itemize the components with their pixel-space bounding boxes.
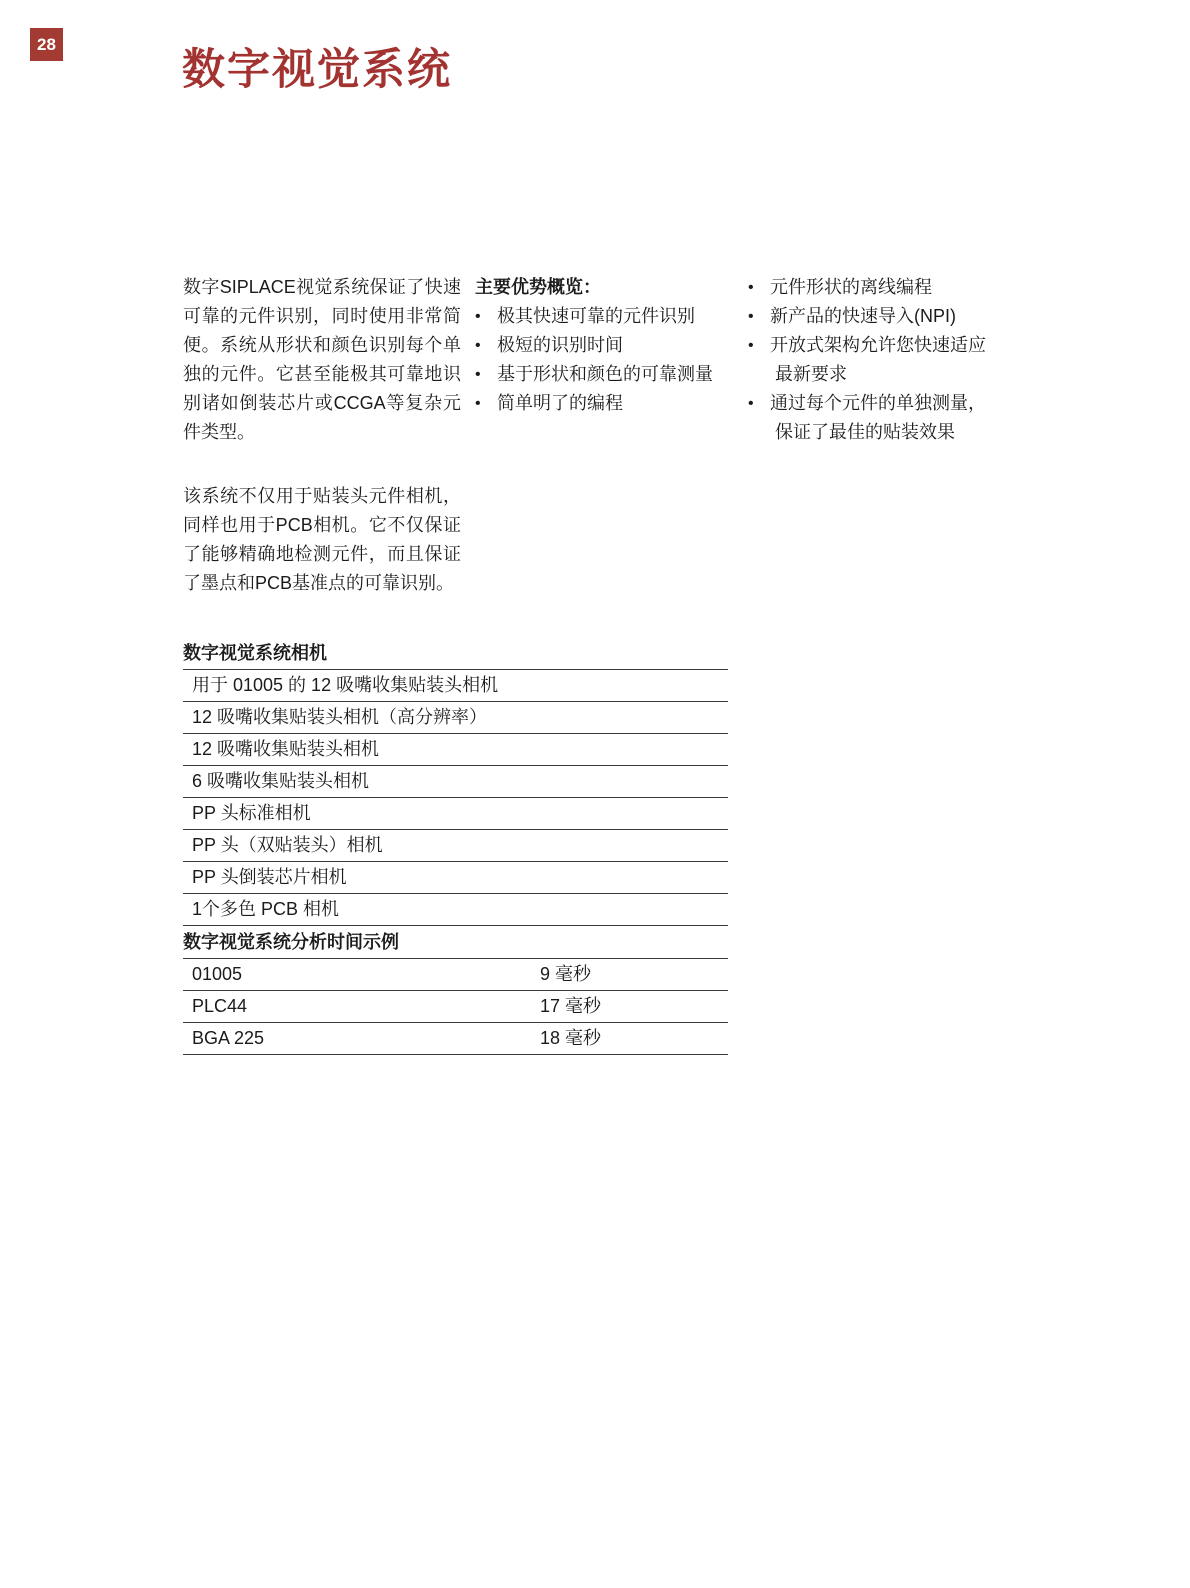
benefit-text: 基于形状和颜色的可靠测量 bbox=[497, 360, 747, 389]
benefit-line: 保证了最佳的贴装效果 bbox=[770, 418, 1044, 447]
benefits-column: 主要优势概览： • 极其快速可靠的元件识别 • 极短的识别时间 • 基于形状和颜… bbox=[475, 273, 747, 418]
table-row: 12 吸嘴收集贴装头相机（高分辨率） bbox=[183, 702, 728, 734]
bullet-icon: • bbox=[475, 389, 497, 418]
table-row: PLC44 17 毫秒 bbox=[183, 991, 728, 1023]
table-row: PP 头标准相机 bbox=[183, 798, 728, 830]
timing-label: PLC44 bbox=[192, 991, 540, 1022]
timing-value: 18 毫秒 bbox=[540, 1023, 728, 1054]
timing-value: 9 毫秒 bbox=[540, 959, 728, 990]
bullet-icon: • bbox=[748, 302, 770, 331]
benefit-text: 新产品的快速导入(NPI) bbox=[770, 302, 1044, 331]
page-number-badge: 28 bbox=[30, 28, 63, 61]
spec-table: 数字视觉系统相机 用于 01005 的 12 吸嘴收集贴装头相机 12 吸嘴收集… bbox=[183, 637, 728, 1055]
list-item: • 简单明了的编程 bbox=[475, 389, 747, 418]
benefits-heading: 主要优势概览： bbox=[475, 273, 747, 302]
intro-column: 数字SIPLACE视觉系统保证了快速可靠的元件识别，同时使用非常简便。系统从形状… bbox=[183, 273, 461, 598]
benefits-list: • 极其快速可靠的元件识别 • 极短的识别时间 • 基于形状和颜色的可靠测量 •… bbox=[475, 302, 747, 418]
list-item: • 新产品的快速导入(NPI) bbox=[748, 302, 1044, 331]
table-row: 用于 01005 的 12 吸嘴收集贴装头相机 bbox=[183, 670, 728, 702]
timing-value: 17 毫秒 bbox=[540, 991, 728, 1022]
benefit-text: 简单明了的编程 bbox=[497, 389, 747, 418]
benefit-text: 极其快速可靠的元件识别 bbox=[497, 302, 747, 331]
benefit-line: 最新要求 bbox=[770, 360, 1044, 389]
table-row: 6 吸嘴收集贴装头相机 bbox=[183, 766, 728, 798]
page-title: 数字视觉系统 bbox=[182, 44, 452, 98]
table-row: 01005 9 毫秒 bbox=[183, 959, 728, 991]
list-item: • 极短的识别时间 bbox=[475, 331, 747, 360]
table-row: PP 头倒装芯片相机 bbox=[183, 862, 728, 894]
timing-table-heading: 数字视觉系统分析时间示例 bbox=[183, 926, 728, 959]
bullet-icon: • bbox=[475, 360, 497, 389]
table-row: BGA 225 18 毫秒 bbox=[183, 1023, 728, 1055]
camera-table-heading: 数字视觉系统相机 bbox=[183, 637, 728, 670]
timing-label: 01005 bbox=[192, 959, 540, 990]
table-row: 1个多色 PCB 相机 bbox=[183, 894, 728, 926]
document-page: 28 数字视觉系统 数字SIPLACE视觉系统保证了快速可靠的元件识别，同时使用… bbox=[0, 0, 1190, 1588]
list-item: • 基于形状和颜色的可靠测量 bbox=[475, 360, 747, 389]
benefits-column-right: • 元件形状的离线编程 • 新产品的快速导入(NPI) • 开放式架构允许您快速… bbox=[748, 273, 1044, 447]
table-row: 12 吸嘴收集贴装头相机 bbox=[183, 734, 728, 766]
list-item: • 极其快速可靠的元件识别 bbox=[475, 302, 747, 331]
bullet-icon: • bbox=[748, 389, 770, 418]
benefit-text: 元件形状的离线编程 bbox=[770, 273, 1044, 302]
table-row: PP 头（双贴装头）相机 bbox=[183, 830, 728, 862]
list-item: • 开放式架构允许您快速适应 最新要求 bbox=[748, 331, 1044, 389]
bullet-icon: • bbox=[748, 273, 770, 302]
intro-paragraph-2: 该系统不仅用于贴装头元件相机，同样也用于PCB相机。它不仅保证了能够精确地检测元… bbox=[183, 482, 461, 598]
list-item: • 通过每个元件的单独测量， 保证了最佳的贴装效果 bbox=[748, 389, 1044, 447]
benefits-list-right: • 元件形状的离线编程 • 新产品的快速导入(NPI) • 开放式架构允许您快速… bbox=[748, 273, 1044, 447]
intro-paragraph-1: 数字SIPLACE视觉系统保证了快速可靠的元件识别，同时使用非常简便。系统从形状… bbox=[183, 273, 461, 447]
benefit-text: 开放式架构允许您快速适应 最新要求 bbox=[770, 331, 1044, 389]
benefit-line: 开放式架构允许您快速适应 bbox=[770, 335, 986, 355]
benefit-text: 极短的识别时间 bbox=[497, 331, 747, 360]
benefit-text: 通过每个元件的单独测量， 保证了最佳的贴装效果 bbox=[770, 389, 1044, 447]
benefit-line: 通过每个元件的单独测量， bbox=[770, 393, 986, 413]
bullet-icon: • bbox=[475, 331, 497, 360]
bullet-icon: • bbox=[748, 331, 770, 360]
list-item: • 元件形状的离线编程 bbox=[748, 273, 1044, 302]
timing-label: BGA 225 bbox=[192, 1023, 540, 1054]
bullet-icon: • bbox=[475, 302, 497, 331]
